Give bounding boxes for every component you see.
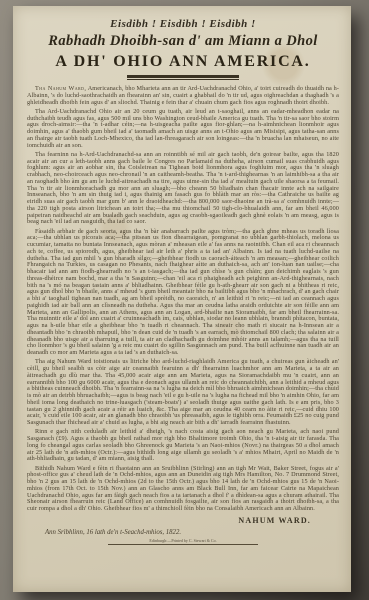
body-paragraph: Fàsaidh arbhair de gach seorta, agus tha… bbox=[27, 229, 339, 357]
divider-thin-rule bbox=[127, 79, 239, 80]
body-paragraph: Rinn e gach nith ceduladh air leithid a'… bbox=[27, 429, 339, 463]
signature: NAHUM WARD. bbox=[27, 516, 311, 525]
scan-backdrop: Eisdibh ! Eisdibh ! Eisdibh ! Rabhadh Dh… bbox=[0, 0, 369, 600]
broadside-paper: Eisdibh ! Eisdibh ! Eisdibh ! Rabhadh Dh… bbox=[13, 6, 351, 592]
divider-thick-rule bbox=[127, 75, 239, 78]
title-line-2: Rabhadh Dhoibh-san d' am Miann a Dhol bbox=[27, 33, 339, 50]
title-line-3: A DH' OHIO ANN AMERICA. bbox=[27, 52, 339, 71]
dateline: Ann Srìbhlinn, 16 lath de'n t-Seachd-mhi… bbox=[45, 529, 339, 536]
title-line-1: Eisdibh ! Eisdibh ! Eisdibh ! bbox=[27, 18, 339, 31]
body-paragraph: Tha fearninn na h-Ard-Uachdranachd-sa an… bbox=[27, 152, 339, 226]
body-paragraph: Tha Nahum Ward, Americanach, bho Mhariet… bbox=[27, 86, 339, 106]
body-paragraph: Tha aig Nahum Ward toistionais us litric… bbox=[27, 359, 339, 427]
body-text: Tha Nahum Ward, Americanach, bho Mhariet… bbox=[27, 86, 339, 513]
body-paragraph: Bithidh Nahum Ward e fèin ri fhaotainn a… bbox=[27, 466, 339, 513]
printer-imprint: Edinburgh:—Printed by C. Stewart & Co. bbox=[108, 538, 258, 545]
body-paragraph: Tha Ard-Uachdranachd Ohio air an 20 ceum… bbox=[27, 109, 339, 150]
title-divider bbox=[127, 75, 239, 80]
